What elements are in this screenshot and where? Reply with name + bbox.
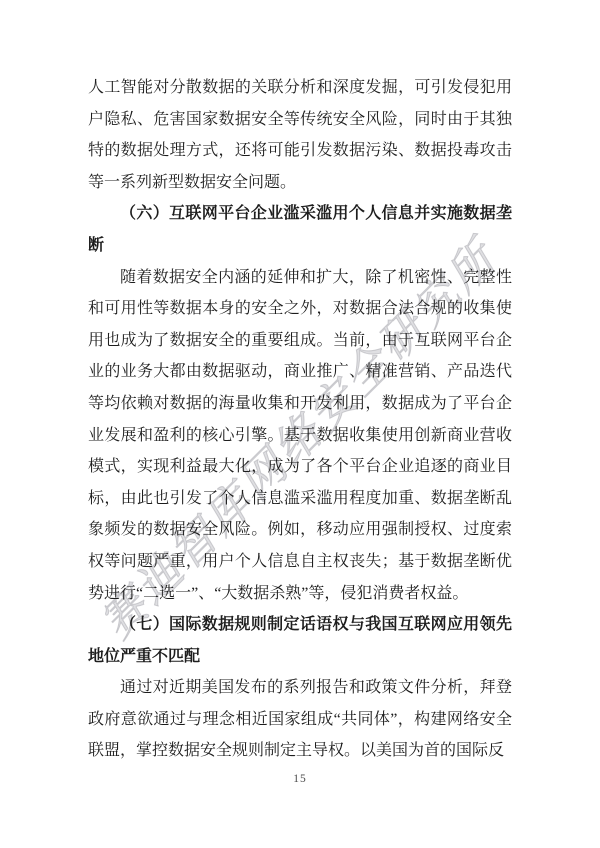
section-heading-six: （六）互联网平台企业滥采滥用个人信息并实施数据垄断: [88, 198, 512, 261]
paragraph-platform-data-abuse: 随着数据安全内涵的延伸和扩大，除了机密性、完整性和可用性等数据本身的安全之外，对…: [88, 262, 512, 610]
paragraph-ai-data-risks: 人工智能对分散数据的关联分析和深度发掘，可引发侵犯用户隐私、危害国家数据安全等传…: [88, 72, 512, 198]
page-number: 15: [0, 773, 600, 785]
page-content: 人工智能对分散数据的关联分析和深度发掘，可引发侵犯用户隐私、危害国家数据安全等传…: [88, 72, 512, 767]
document-page: 赛迪智库网络安全研究所 人工智能对分散数据的关联分析和深度发掘，可引发侵犯用户隐…: [0, 0, 600, 848]
paragraph-international-data-rules: 通过对近期美国发布的系列报告和政策文件分析，拜登政府意欲通过与理念相近国家组成“…: [88, 672, 512, 767]
section-heading-seven: （七）国际数据规则制定话语权与我国互联网应用领先地位严重不匹配: [88, 609, 512, 672]
